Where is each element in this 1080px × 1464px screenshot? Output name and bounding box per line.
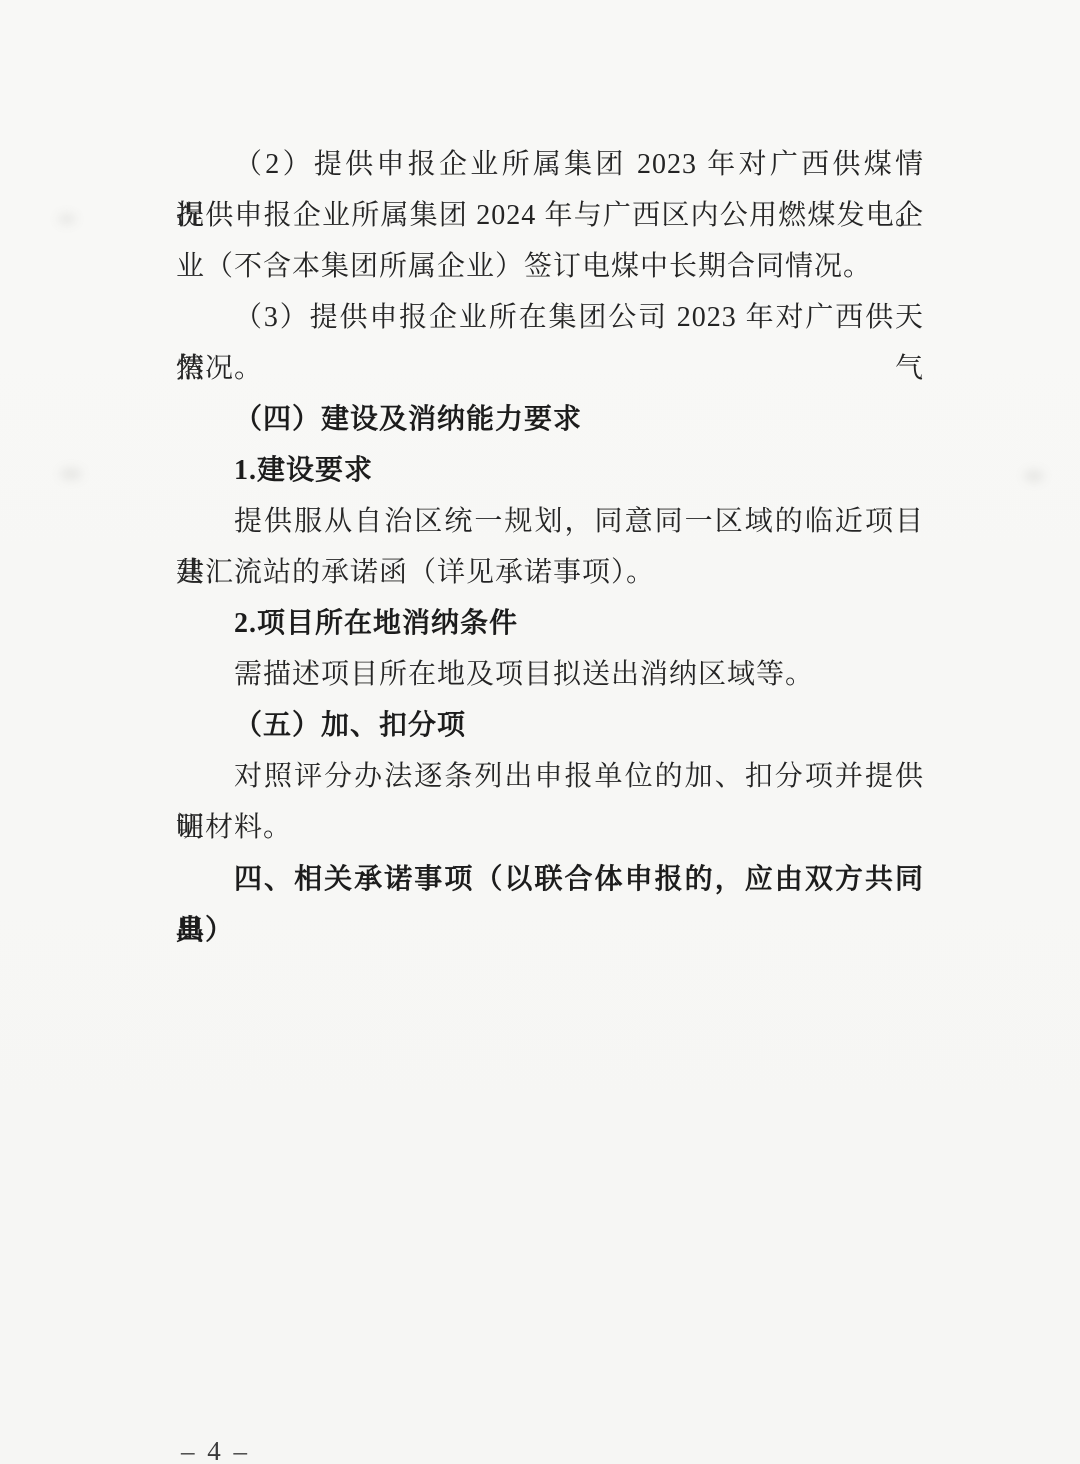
scan-artifact [60, 468, 82, 480]
text-line: 业（不含本集团所属企业）签订电煤中长期合同情况。 [176, 241, 924, 292]
text-line: 提供申报企业所属集团 2024 年与广西区内公用燃煤发电企 [176, 190, 924, 241]
scan-artifact [58, 214, 76, 224]
text-line: （2）提供申报企业所属集团 2023 年对广西供煤情况。 [176, 139, 924, 190]
text-line: 明材料。 [176, 802, 924, 853]
text-line: （四）建设及消纳能力要求 [176, 394, 924, 445]
text-line: （3）提供申报企业所在集团公司 2023 年对广西供天然气 [176, 292, 924, 343]
text-line: 提供服从自治区统一规划，同意同一区域的临近项目共 [176, 496, 924, 547]
text-line: 1.建设要求 [176, 445, 924, 496]
text-line: 四、相关承诺事项（以联合体申报的，应由双方共同出 [176, 853, 924, 904]
text-line: 具） [176, 904, 924, 955]
text-line: 需描述项目所在地及项目拟送出消纳区域等。 [176, 649, 924, 700]
page-number: – 4 – [181, 1436, 250, 1464]
scan-artifact [1024, 470, 1044, 482]
document-body: （2）提供申报企业所属集团 2023 年对广西供煤情况。提供申报企业所属集团 2… [176, 139, 924, 955]
document-page: （2）提供申报企业所属集团 2023 年对广西供煤情况。提供申报企业所属集团 2… [0, 0, 1080, 1464]
text-line: （五）加、扣分项 [176, 700, 924, 751]
text-line: 对照评分办法逐条列出申报单位的加、扣分项并提供证 [176, 751, 924, 802]
text-line: 2.项目所在地消纳条件 [176, 598, 924, 649]
text-line: 建汇流站的承诺函（详见承诺事项）。 [176, 547, 924, 598]
